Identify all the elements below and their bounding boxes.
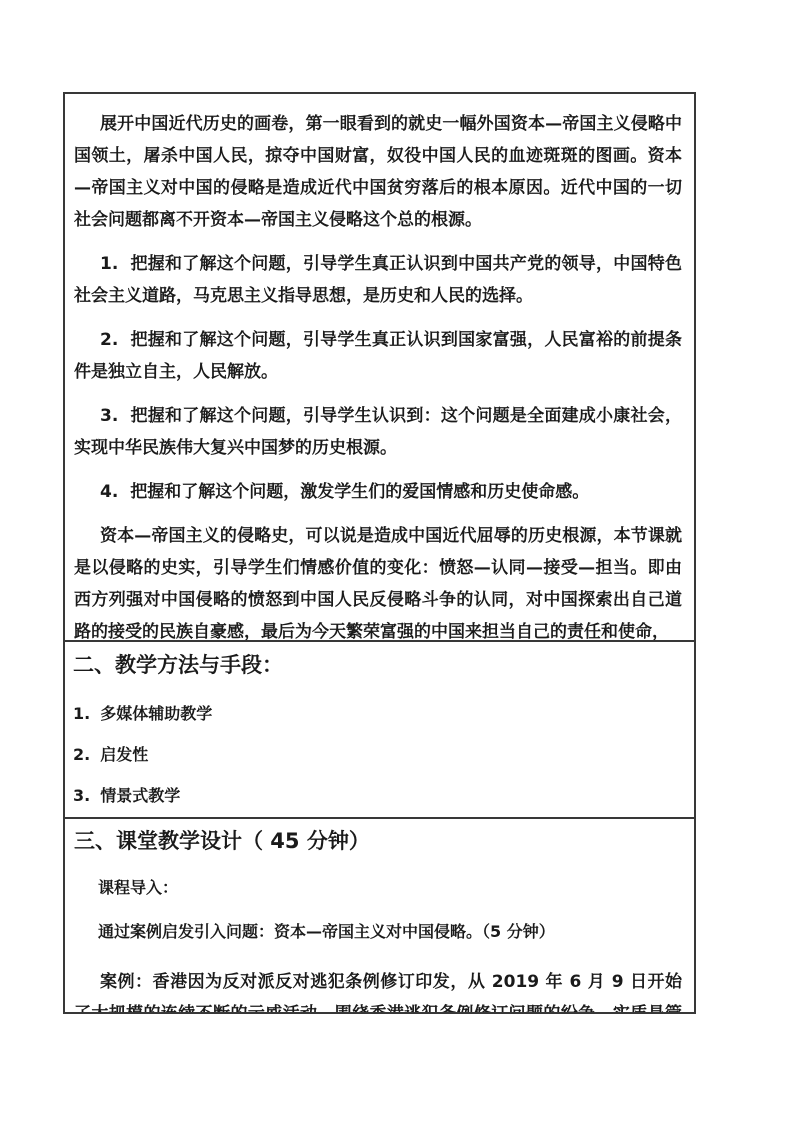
- item-number: 1.: [73, 704, 90, 723]
- item-number: 3.: [100, 406, 118, 426]
- item-number: 2.: [73, 745, 90, 764]
- table-cell-overview: 展开中国近代历史的画卷，第一眼看到的就史一幅外国资本—帝国主义侵略中国领土，屠杀…: [65, 94, 694, 640]
- case-paragraph: 案例：香港因为反对派反对逃犯条例修订印发，从 2019 年 6 月 9 日开始了…: [74, 966, 682, 1012]
- summary-paragraph: 资本—帝国主义的侵略史，可以说是造成中国近代屈辱的历史根源，本节课就是以侵略的史…: [74, 520, 682, 640]
- table-cell-lesson-design: 三、课堂教学设计（ 45 分钟） 课程导入： 通过案例启发引入问题：资本—帝国主…: [65, 817, 694, 1012]
- section-heading-lesson-design: 三、课堂教学设计（ 45 分钟）: [74, 828, 682, 854]
- section-heading-methods: 二、教学方法与手段：: [73, 652, 682, 678]
- item-text: 把握和了解这个问题，引导学生真正认识到国家富强，人民富裕的前提条件是独立自主，人…: [74, 330, 682, 382]
- item-text: 启发性: [100, 745, 148, 764]
- list-item: 4.把握和了解这个问题，激发学生们的爱国情感和历史使命感。: [74, 476, 682, 508]
- list-item: 1.多媒体辅助教学: [73, 704, 682, 724]
- lead-in-label: 课程导入：: [98, 878, 682, 898]
- item-number: 1.: [100, 254, 118, 274]
- list-item: 3.把握和了解这个问题，引导学生认识到：这个问题是全面建成小康社会，实现中华民族…: [74, 400, 682, 464]
- item-text: 多媒体辅助教学: [100, 704, 212, 723]
- list-item: 2.启发性: [73, 745, 682, 765]
- lead-in-text: 通过案例启发引入问题：资本—帝国主义对中国侵略。（5 分钟）: [98, 922, 682, 942]
- table-cell-teaching-methods: 二、教学方法与手段： 1.多媒体辅助教学 2.启发性 3.情景式教学: [65, 640, 694, 817]
- item-number: 4.: [100, 482, 118, 502]
- lesson-plan-table: 展开中国近代历史的画卷，第一眼看到的就史一幅外国资本—帝国主义侵略中国领土，屠杀…: [63, 92, 696, 1014]
- list-item: 2.把握和了解这个问题，引导学生真正认识到国家富强，人民富裕的前提条件是独立自主…: [74, 324, 682, 388]
- list-item: 3.情景式教学: [73, 786, 682, 806]
- item-text: 把握和了解这个问题，激发学生们的爱国情感和历史使命感。: [130, 482, 589, 502]
- item-text: 情景式教学: [100, 786, 180, 805]
- overview-paragraph: 展开中国近代历史的画卷，第一眼看到的就史一幅外国资本—帝国主义侵略中国领土，屠杀…: [74, 108, 682, 236]
- item-number: 2.: [100, 330, 118, 350]
- item-number: 3.: [73, 786, 90, 805]
- item-text: 把握和了解这个问题，引导学生认识到：这个问题是全面建成小康社会，实现中华民族伟大…: [74, 406, 682, 458]
- item-text: 把握和了解这个问题，引导学生真正认识到中国共产党的领导，中国特色社会主义道路，马…: [74, 254, 682, 306]
- list-item: 1.把握和了解这个问题，引导学生真正认识到中国共产党的领导，中国特色社会主义道路…: [74, 248, 682, 312]
